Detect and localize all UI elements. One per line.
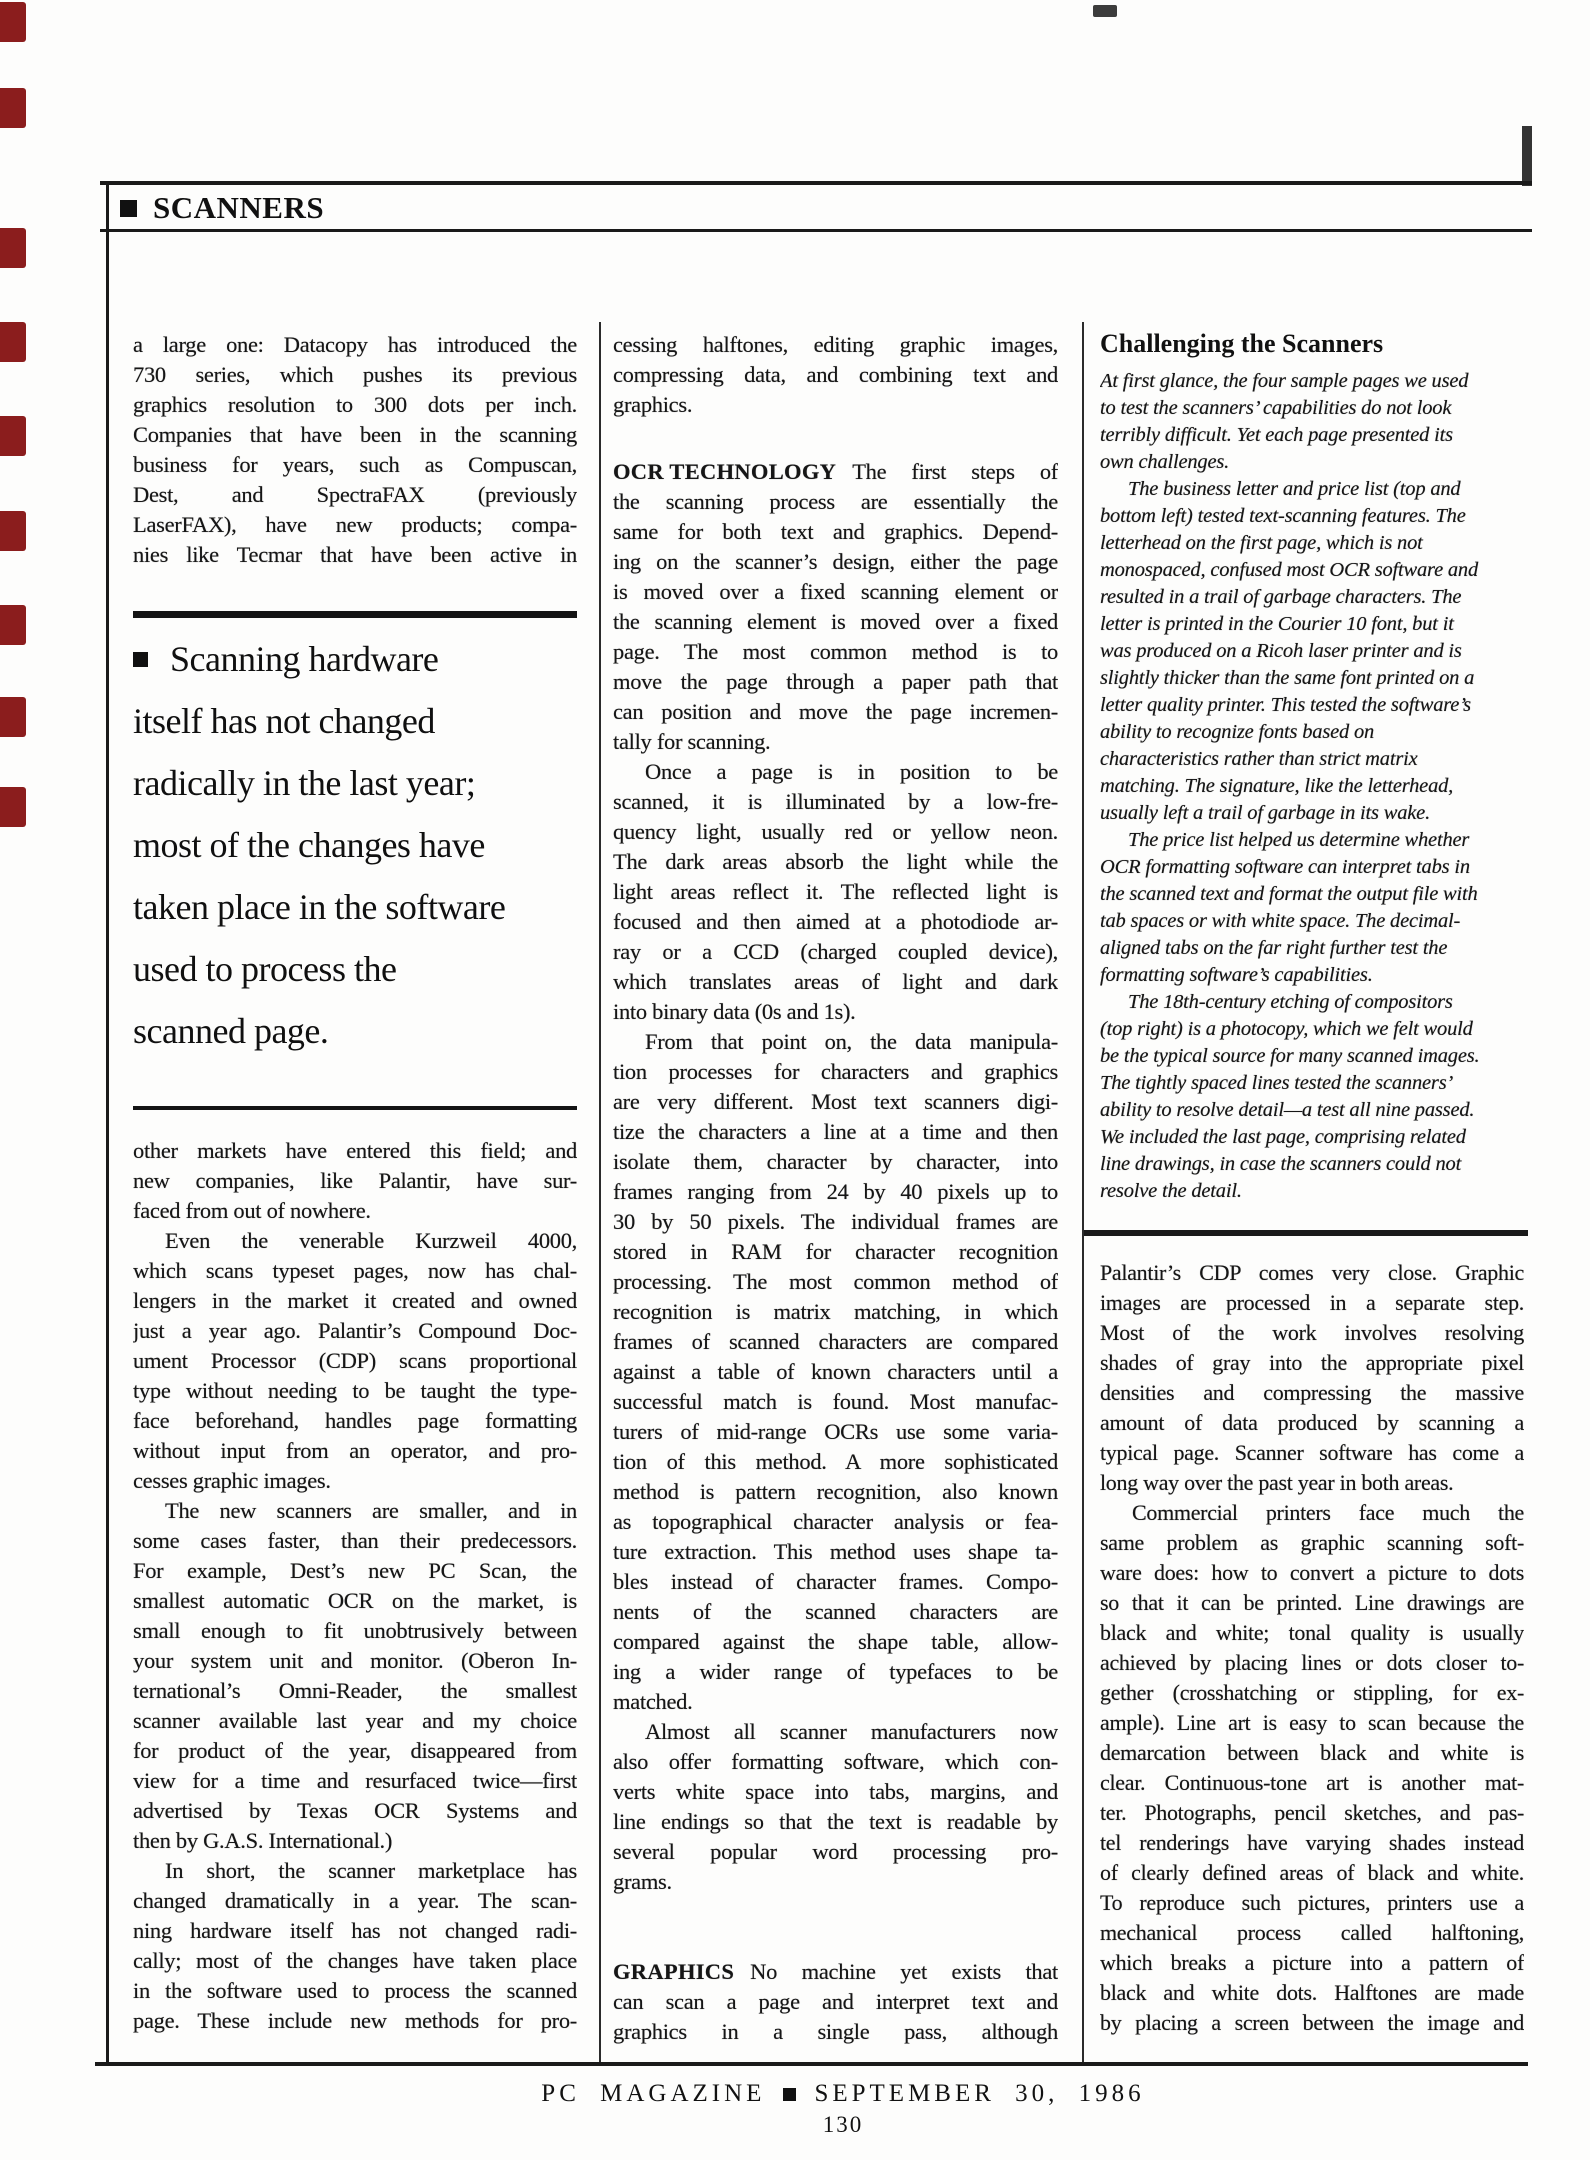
red-registration-mark xyxy=(0,511,26,551)
text-line: face beforehand, handles page formatting xyxy=(133,1406,577,1436)
text-line: into binary data (0s and 1s). xyxy=(613,997,1058,1027)
text-line: which scans typeset pages, now has chal- xyxy=(133,1256,577,1286)
ocr-technology-section: OCR TECHNOLOGY The first steps of the sc… xyxy=(613,457,1058,757)
text-line: Dest, and SpectraFAX (previously xyxy=(133,480,577,510)
sidebar-title: Challenging the Scanners xyxy=(1100,328,1524,360)
text-line: (top right) is a photocopy, which we fel… xyxy=(1100,1016,1524,1043)
text-line: For example, Dest’s new PC Scan, the xyxy=(133,1556,577,1586)
text-line: scanner available last year and my choic… xyxy=(133,1706,577,1736)
text-line: mechanical process called halftoning, xyxy=(1100,1918,1524,1948)
red-registration-mark xyxy=(0,416,26,456)
text-line: page. These include new methods for pro- xyxy=(133,2006,577,2036)
text-line: cally; most of the changes have taken pl… xyxy=(133,1946,577,1976)
text-line: small enough to fit unobtrusively betwee… xyxy=(133,1616,577,1646)
text-line: frames ranging from 24 by 40 pixels up t… xyxy=(613,1177,1058,1207)
square-bullet-icon xyxy=(133,652,148,667)
text-line: characteristics rather than strict matri… xyxy=(1100,746,1524,773)
pullquote-first-line: Scanning hardware xyxy=(133,628,577,690)
text-line: a large one: Datacopy has introduced the xyxy=(133,330,577,360)
paragraph: The new scanners are smaller, and insome… xyxy=(133,1496,577,1856)
text-line: From that point on, the data manipula- xyxy=(613,1027,1058,1057)
text-line: Most of the work involves resolving xyxy=(1100,1318,1524,1348)
text-line: monospaced, confused most OCR software a… xyxy=(1100,557,1524,584)
text-line: light areas reflect it. The reflected li… xyxy=(613,877,1058,907)
text-line: quency light, usually red or yellow neon… xyxy=(613,817,1058,847)
text-line: usually left a trail of garbage in its w… xyxy=(1100,800,1524,827)
text-line: ability to recognize fonts based on xyxy=(1100,719,1524,746)
text-line: ning hardware itself has not changed rad… xyxy=(133,1916,577,1946)
text-line: type without needing to be taught the ty… xyxy=(133,1376,577,1406)
text-line: 730 series, which pushes its previous xyxy=(133,360,577,390)
text-line: clear. Continuous-tone art is another ma… xyxy=(1100,1768,1524,1798)
text-line: nies like Tecmar that have been active i… xyxy=(133,540,577,570)
issue-date: SEPTEMBER 30, 1986 xyxy=(814,2079,1144,2109)
column-1: a large one: Datacopy has introduced the… xyxy=(133,0,577,2160)
text-line: is moved over a fixed scanning element o… xyxy=(613,577,1058,607)
column-3: Challenging the Scanners At first glance… xyxy=(1100,0,1524,2160)
sidebar-paragraph: At first glance, the four sample pages w… xyxy=(1100,368,1524,476)
text-line: view for a time and resurfaced twice—fir… xyxy=(133,1766,577,1796)
text-line: cessing halftones, editing graphic image… xyxy=(613,330,1058,360)
text-line: letter quality printer. This tested the … xyxy=(1100,692,1524,719)
text-line: own challenges. xyxy=(1100,449,1524,476)
text-line: most of the changes have xyxy=(133,814,577,876)
text-line: to test the scanners’ capabilities do no… xyxy=(1100,395,1524,422)
text-line: changed dramatically in a year. The scan… xyxy=(133,1886,577,1916)
text-line: move the page through a paper path that xyxy=(613,667,1058,697)
text-line: focused and then aimed at a photodiode a… xyxy=(613,907,1058,937)
text-line: new companies, like Palantir, have sur- xyxy=(133,1166,577,1196)
text-line: gether (crosshatching or stippling, for … xyxy=(1100,1678,1524,1708)
text-line: ware does: how to convert a picture to d… xyxy=(1100,1558,1524,1588)
text-line: turers of mid-range OCRs use some varia- xyxy=(613,1417,1058,1447)
text-line: stored in RAM for character recognition xyxy=(613,1237,1058,1267)
pullquote-bottom-rule xyxy=(133,1106,577,1110)
red-registration-mark xyxy=(0,605,26,645)
text-line: used to process the xyxy=(133,938,577,1000)
sidebar-paragraph: The 18th-century etching of compositors(… xyxy=(1100,989,1524,1205)
text-line: ter. Photographs, pencil sketches, and p… xyxy=(1100,1798,1524,1828)
text-line: Commercial printers face much the xyxy=(1100,1498,1524,1528)
paragraph: Palantir’s CDP comes very close. Graphic… xyxy=(1100,1258,1524,1498)
text-line: of clearly defined areas of black and wh… xyxy=(1100,1858,1524,1888)
text-line: scanned page. xyxy=(133,1000,577,1062)
ocr-technology-heading: OCR TECHNOLOGY xyxy=(613,457,836,487)
text-line: same for both text and graphics. Depend- xyxy=(613,517,1058,547)
magazine-name: PC MAGAZINE xyxy=(541,2079,765,2109)
text-line: resolve the detail. xyxy=(1100,1178,1524,1205)
page-left-border xyxy=(106,181,109,2066)
text-line: scanned, it is illuminated by a low-fre- xyxy=(613,787,1058,817)
text-line: long way over the past year in both area… xyxy=(1100,1468,1524,1498)
text-line: formatting software’s capabilities. xyxy=(1100,962,1524,989)
text-line: The price list helped us determine wheth… xyxy=(1100,827,1524,854)
text-line: in the software used to process the scan… xyxy=(133,1976,577,2006)
text-line: Once a page is in position to be xyxy=(613,757,1058,787)
text-line: ument Processor (CDP) scans proportional xyxy=(133,1346,577,1376)
text-line: ability to resolve detail—a test all nin… xyxy=(1100,1097,1524,1124)
text-line: OCR formatting software can interpret ta… xyxy=(1100,854,1524,881)
runin-rest-text: The first steps of xyxy=(852,457,1058,487)
magazine-page: SCANNERS a large one: Datacopy has intro… xyxy=(0,0,1590,2160)
text-line: page. The most common method is to xyxy=(613,637,1058,667)
runin-heading-line: OCR TECHNOLOGY The first steps of xyxy=(613,457,1058,487)
text-line: black and white; tonal quality is usuall… xyxy=(1100,1618,1524,1648)
paragraph: a large one: Datacopy has introduced the… xyxy=(133,330,577,570)
text-line: line drawings, in case the scanners coul… xyxy=(1100,1151,1524,1178)
sidebar-paragraph: The business letter and price list (top … xyxy=(1100,476,1524,827)
text-line: without input from an operator, and pro- xyxy=(133,1436,577,1466)
text-line: Even the venerable Kurzweil 4000, xyxy=(133,1226,577,1256)
text-line: also offer formatting software, which co… xyxy=(613,1747,1058,1777)
graphics-heading: GRAPHICS xyxy=(613,1957,734,1987)
column-divider-rule xyxy=(1082,322,1084,2062)
text-line: The dark areas absorb the light while th… xyxy=(613,847,1058,877)
text-line: which translates areas of light and dark xyxy=(613,967,1058,997)
red-registration-mark xyxy=(0,88,26,128)
text-line: The 18th-century etching of compositors xyxy=(1100,989,1524,1016)
text-line: achieved by placing lines or dots closer… xyxy=(1100,1648,1524,1678)
page-number: 130 xyxy=(160,2112,1526,2138)
pullquote-top-rule xyxy=(133,611,577,618)
text-line: nents of the scanned characters are xyxy=(613,1597,1058,1627)
text-line: compressing data, and combining text and xyxy=(613,360,1058,390)
paragraph: Commercial printers face much thesame pr… xyxy=(1100,1498,1524,2038)
text-line: verts white space into tabs, margins, an… xyxy=(613,1777,1058,1807)
text-line: densities and compressing the massive xyxy=(1100,1378,1524,1408)
text-line: tion of this method. A more sophisticate… xyxy=(613,1447,1058,1477)
text-line: by placing a screen between the image an… xyxy=(1100,2008,1524,2038)
footer-line: PC MAGAZINE SEPTEMBER 30, 1986 xyxy=(160,2079,1526,2109)
text-line: aligned tabs on the far right further te… xyxy=(1100,935,1524,962)
sidebar-paragraph: The price list helped us determine wheth… xyxy=(1100,827,1524,989)
text-line: The business letter and price list (top … xyxy=(1100,476,1524,503)
text-line: be the typical source for many scanned i… xyxy=(1100,1043,1524,1070)
text-line: line endings so that the text is readabl… xyxy=(613,1807,1058,1837)
text-line: graphics. xyxy=(613,390,1058,420)
text-line: tally for scanning. xyxy=(613,727,1058,757)
text-line: lengers in the market it created and own… xyxy=(133,1286,577,1316)
paragraph: Once a page is in position to bescanned,… xyxy=(613,757,1058,1027)
paragraph: In short, the scanner marketplace hascha… xyxy=(133,1856,577,2036)
text-line: frames of scanned characters are compare… xyxy=(613,1327,1058,1357)
text-line: tab spaces or with white space. The deci… xyxy=(1100,908,1524,935)
paragraph: Almost all scanner manufacturers nowalso… xyxy=(613,1717,1058,1897)
text-line: slightly thicker than the same font prin… xyxy=(1100,665,1524,692)
text-line: The tightly spaced lines tested the scan… xyxy=(1100,1070,1524,1097)
red-registration-mark xyxy=(0,697,26,737)
pullquote-text: Scanning hardware xyxy=(170,639,438,679)
text-line: method is pattern recognition, also know… xyxy=(613,1477,1058,1507)
text-line: black and white dots. Halftones are made xyxy=(1100,1978,1524,2008)
text-line: ample). Line art is easy to scan because… xyxy=(1100,1708,1524,1738)
runin-rest-text: No machine yet exists that xyxy=(750,1957,1058,1987)
text-line: tize the characters a line at a time and… xyxy=(613,1117,1058,1147)
column-2: cessing halftones, editing graphic image… xyxy=(613,0,1058,2160)
text-line: tion processes for characters and graphi… xyxy=(613,1057,1058,1087)
text-line: ture extraction. This method uses shape … xyxy=(613,1537,1058,1567)
text-line: just a year ago. Palantir’s Compound Doc… xyxy=(133,1316,577,1346)
paragraph: other markets have entered this field; a… xyxy=(133,1136,577,1226)
text-line: typical page. Scanner software has come … xyxy=(1100,1438,1524,1468)
text-line: resulted in a trail of garbage character… xyxy=(1100,584,1524,611)
text-line: then by G.A.S. International.) xyxy=(133,1826,577,1856)
text-line: demarcation between black and white is xyxy=(1100,1738,1524,1768)
red-registration-mark xyxy=(0,228,26,268)
text-line: Companies that have been in the scanning xyxy=(133,420,577,450)
page-footer: PC MAGAZINE SEPTEMBER 30, 1986 130 xyxy=(160,2079,1526,2138)
text-line: same problem as graphic scanning soft- xyxy=(1100,1528,1524,1558)
text-line: bottom left) tested text-scanning featur… xyxy=(1100,503,1524,530)
text-line: The new scanners are smaller, and in xyxy=(133,1496,577,1526)
text-line: smallest automatic OCR on the market, is xyxy=(133,1586,577,1616)
pull-quote: Scanning hardware itself has not changed… xyxy=(133,628,577,1062)
paragraph: Even the venerable Kurzweil 4000,which s… xyxy=(133,1226,577,1496)
text-line: successful match is found. Most manufac- xyxy=(613,1387,1058,1417)
text-line: matched. xyxy=(613,1687,1058,1717)
section-lines: can scan a page and interpret text andgr… xyxy=(613,1987,1058,2047)
text-line: business for years, such as Compuscan, xyxy=(133,450,577,480)
text-line: graphics resolution to 300 dots per inch… xyxy=(133,390,577,420)
text-line: grams. xyxy=(613,1867,1058,1897)
text-line: Palantir’s CDP comes very close. Graphic xyxy=(1100,1258,1524,1288)
red-registration-mark xyxy=(0,787,26,827)
text-line: the scanning element is moved over a fix… xyxy=(613,607,1058,637)
text-line: your system unit and monitor. (Oberon In… xyxy=(133,1646,577,1676)
text-line: We included the last page, comprising re… xyxy=(1100,1124,1524,1151)
text-line: graphics in a single pass, although xyxy=(613,2017,1058,2047)
text-line: which breaks a picture into a pattern of xyxy=(1100,1948,1524,1978)
red-registration-mark xyxy=(0,2,26,42)
text-line: the scanning process are essentially the xyxy=(613,487,1058,517)
text-line: amount of data produced by scanning a xyxy=(1100,1408,1524,1438)
text-line: shades of gray into the appropriate pixe… xyxy=(1100,1348,1524,1378)
text-line: processing. The most common method of xyxy=(613,1267,1058,1297)
paragraph: cessing halftones, editing graphic image… xyxy=(613,330,1058,420)
text-line: ing a wider range of typefaces to be xyxy=(613,1657,1058,1687)
text-line: In short, the scanner marketplace has xyxy=(133,1856,577,1886)
text-line: advertised by Texas OCR Systems and xyxy=(133,1796,577,1826)
graphics-section: GRAPHICS No machine yet exists that can … xyxy=(613,1957,1058,2047)
text-line: can position and move the page incremen- xyxy=(613,697,1058,727)
text-line: was produced on a Ricoh laser printer an… xyxy=(1100,638,1524,665)
paragraph: From that point on, the data manipula-ti… xyxy=(613,1027,1058,1717)
text-line: can scan a page and interpret text and xyxy=(613,1987,1058,2017)
text-line: tel renderings have varying shades inste… xyxy=(1100,1828,1524,1858)
text-line: bles instead of character frames. Compo- xyxy=(613,1567,1058,1597)
text-line: LaserFAX), have new products; compa- xyxy=(133,510,577,540)
section-lines: the scanning process are essentially the… xyxy=(613,487,1058,757)
text-line: matching. The signature, like the letter… xyxy=(1100,773,1524,800)
runin-heading-line: GRAPHICS No machine yet exists that xyxy=(613,1957,1058,1987)
text-line: as topographical character analysis or f… xyxy=(613,1507,1058,1537)
text-line: compared against the shape table, allow- xyxy=(613,1627,1058,1657)
red-registration-mark xyxy=(0,322,26,362)
text-line: some cases faster, than their predecesso… xyxy=(133,1526,577,1556)
text-line: images are processed in a separate step. xyxy=(1100,1288,1524,1318)
text-line: recognition is matrix matching, in which xyxy=(613,1297,1058,1327)
text-line: other markets have entered this field; a… xyxy=(133,1136,577,1166)
text-line: isolate them, character by character, in… xyxy=(613,1147,1058,1177)
text-line: radically in the last year; xyxy=(133,752,577,814)
square-bullet-icon xyxy=(783,2088,796,2101)
text-line: taken place in the software xyxy=(133,876,577,938)
text-line: letterhead on the first page, which is n… xyxy=(1100,530,1524,557)
text-line: so that it can be printed. Line drawings… xyxy=(1100,1588,1524,1618)
text-line: against a table of known characters unti… xyxy=(613,1357,1058,1387)
column-divider-rule xyxy=(599,322,601,2062)
text-line: for product of the year, disappeared fro… xyxy=(133,1736,577,1766)
pullquote-lines: itself has not changedradically in the l… xyxy=(133,690,577,1062)
text-line: ing on the scanner’s design, either the … xyxy=(613,547,1058,577)
text-line: the scanned text and format the output f… xyxy=(1100,881,1524,908)
text-line: itself has not changed xyxy=(133,690,577,752)
text-line: Almost all scanner manufacturers now xyxy=(613,1717,1058,1747)
text-line: letter is printed in the Courier 10 font… xyxy=(1100,611,1524,638)
text-line: 30 by 50 pixels. The individual frames a… xyxy=(613,1207,1058,1237)
text-line: cesses graphic images. xyxy=(133,1466,577,1496)
text-line: several popular word processing pro- xyxy=(613,1837,1058,1867)
text-line: ternational’s Omni-Reader, the smallest xyxy=(133,1676,577,1706)
text-line: are very different. Most text scanners d… xyxy=(613,1087,1058,1117)
text-line: To reproduce such pictures, printers use… xyxy=(1100,1888,1524,1918)
text-line: faced from out of nowhere. xyxy=(133,1196,577,1226)
text-line: terribly difficult. Yet each page presen… xyxy=(1100,422,1524,449)
text-line: At first glance, the four sample pages w… xyxy=(1100,368,1524,395)
text-line: ray or a CCD (charged coupled device), xyxy=(613,937,1058,967)
